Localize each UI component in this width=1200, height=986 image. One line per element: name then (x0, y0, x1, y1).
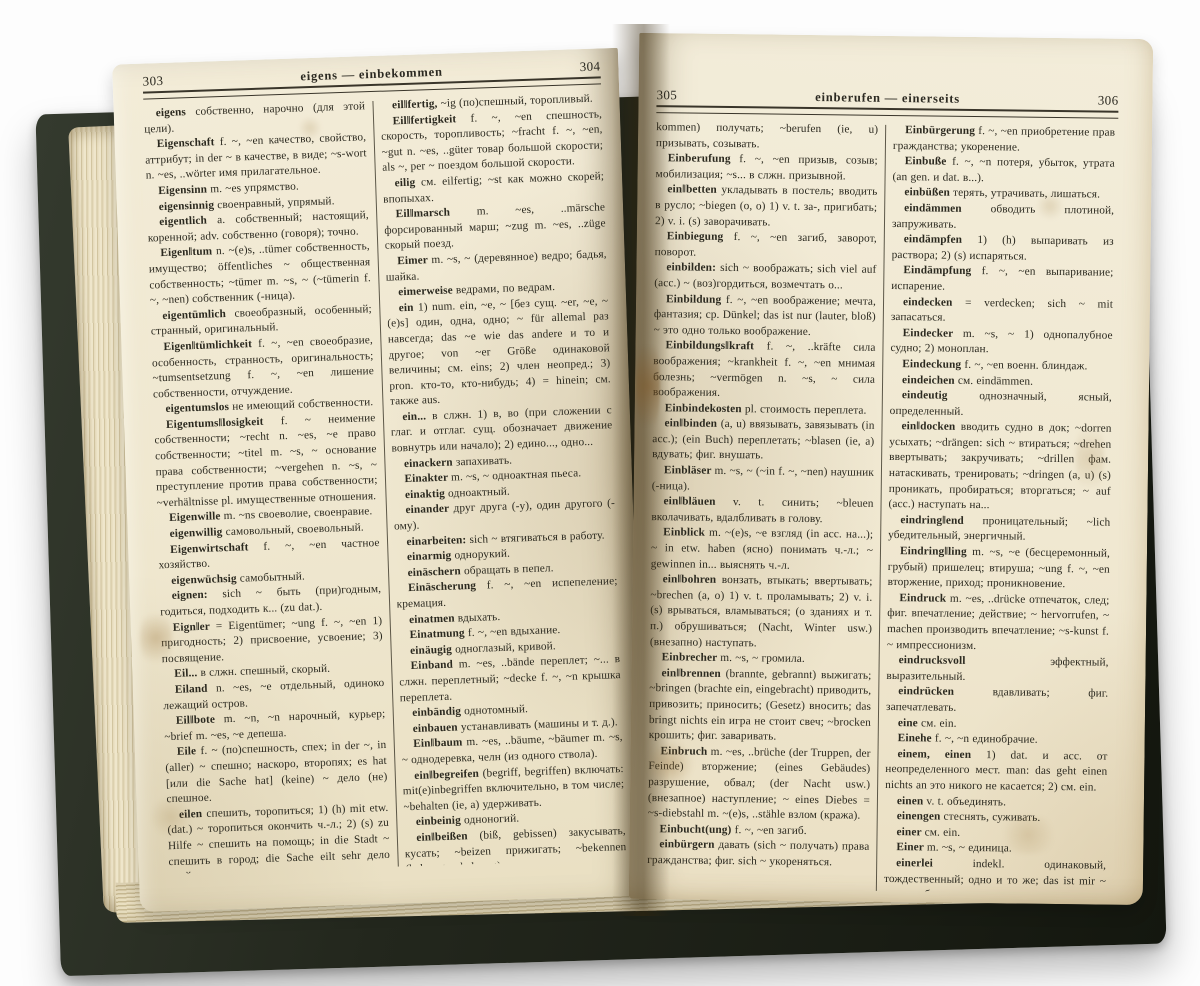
entry-text: v. t. объединять. (926, 795, 1006, 808)
dictionary-entry: eindring‖endпроницательный; ~lich убедит… (888, 513, 1110, 547)
entry-text: стеснять, суживать. (943, 811, 1040, 824)
entry-text: f. ~, ~n единобрачие. (935, 733, 1038, 746)
left-page-content: 303 eigens — einbekommen 304 eigensсобст… (112, 48, 646, 912)
entry-text: своенравный, упрямый. (217, 195, 335, 211)
headword: einbilden: (666, 262, 720, 275)
dictionary-entry: Eil‖fertigkeitf. ~, ~en спешность, скоро… (380, 107, 603, 177)
headword: eindrucksvoll (899, 654, 1051, 668)
entry-text: 1) num. ein, ~e, ~ [без сущ. ~er, ~e, ~(… (387, 295, 611, 408)
headword: Einbildungs‖kraft (665, 340, 766, 353)
headword: eilig (394, 176, 421, 189)
headword: einen (897, 795, 927, 807)
entry-text: см. ein. (921, 717, 957, 729)
dictionary-entry: Eindring‖lingm. ~s, ~e (бесцеремонный, г… (888, 544, 1111, 593)
headword: Einberufung (668, 152, 740, 165)
dictionary-entry: Eindämpfungf. ~, ~en выпаривание; испаре… (891, 263, 1113, 297)
right-page-content: 305 einberufen — einerseits 306 kommen) … (629, 33, 1154, 905)
headword: eilen (179, 808, 207, 821)
dictionary-entry: Einblickm. ~(e)s, ~e взгляд (in acc. на.… (651, 526, 874, 575)
headword: Eigen‖tümlichkeit (163, 338, 258, 353)
headword: ein... (402, 410, 432, 423)
headword: eine (898, 717, 921, 729)
headword: ein‖bläuen (664, 495, 734, 508)
dictionary-entry: Eindruckm. ~es, ..drücke отпечаток, след… (887, 591, 1110, 656)
entry-text: однотомный. (464, 703, 528, 717)
dictionary-entry: Eign‖er= Eigentümer; ~ung f. ~, ~en 1) п… (161, 614, 384, 668)
dictionary-entry: einerleiindekl. одинаковый, тождественны… (884, 856, 1106, 894)
headword: eindämmen (904, 202, 991, 215)
headword: einengen (897, 810, 944, 823)
headword: Eign‖er (173, 620, 216, 633)
headword: eignen: (172, 589, 223, 603)
dictionary-entry: Einbläserm. ~s, ~ (~in f. ~, ~nen) наушн… (652, 463, 874, 497)
entry-text: kommen) получать; ~berufen (ie, u) призы… (656, 121, 878, 150)
entry-text: не имеющий собственности. (232, 396, 373, 413)
headword: ein‖bohren (663, 573, 722, 586)
headword: einbürgern (659, 839, 718, 852)
headword: Eigensinn (158, 183, 210, 197)
headword: Eimer (397, 254, 432, 267)
headword: Einbuße (905, 155, 952, 168)
headword: eil‖fertig, (392, 98, 441, 112)
headword: einatmen (409, 612, 458, 626)
dictionary-entry: Eindeckerm. ~s, ~ 1) однопалубное судно;… (890, 326, 1112, 360)
dictionary-entry: Einbußef. ~, ~n потеря, убыток, утрата (… (892, 154, 1114, 188)
headword: Eigenwirtschaft (170, 540, 264, 555)
headword: eindring‖end (900, 514, 982, 527)
headword: einarbeiten: (406, 534, 469, 548)
dictionary-column-305: kommen) получать; ~berufen (ie, u) призы… (647, 120, 878, 891)
headword: Eigentums‖losigkeit (166, 415, 281, 431)
dictionary-entry: eindeutigоднозначный, ясный, определенны… (890, 388, 1112, 422)
headword: einäugig (410, 643, 455, 656)
headword: Eil‖fertigkeit (392, 112, 470, 127)
headword: ein (399, 301, 419, 314)
headword: Einblick (663, 527, 709, 540)
entry-text: m. ~s, ~ одноактная пьеса. (451, 468, 581, 484)
entry-text: m. ~es упрямство. (210, 180, 299, 195)
headword: Eil... (174, 667, 201, 680)
dictionary-entry: ein‖binden(a, u) ввязывать, завязывать (… (652, 416, 875, 465)
dictionary-entry: eindrückenвдавливать; фиг. запечатлевать… (886, 684, 1108, 718)
headword: eindämpfen (904, 233, 978, 246)
headword: einbauen (413, 721, 461, 735)
headword: eimerweise (398, 284, 456, 298)
dictionary-column-306: Einbürgerungf. ~, ~en приобретение прав … (884, 123, 1115, 894)
dictionary-entry: Eigentums‖losigkeitf. ~ неимение собстве… (154, 411, 378, 512)
headword: Eile (177, 745, 201, 758)
entry-text: обращать в пепел. (464, 562, 554, 577)
headword: einerlei (896, 857, 973, 870)
dictionary-entry: Einbandm. ~es, ..bände переплет; ~... в … (398, 652, 621, 706)
entry-text: запахивать. (456, 454, 513, 468)
left-page: 303 eigens — einbekommen 304 eigensсобст… (112, 48, 646, 912)
dictionary-entry: ein‖brennen(brannte, gebrannt) выжигать;… (649, 666, 872, 747)
entry-text: ~ig (по)спешный, торопливый. (440, 93, 592, 110)
headword: Einband (410, 659, 458, 673)
entry-text: терять, утрачивать, лишаться. (953, 187, 1100, 201)
headword: eindecken (903, 296, 965, 309)
headword: Einbrecher (662, 651, 721, 664)
photo-background: 303 eigens — einbekommen 304 eigensсобст… (0, 0, 1200, 986)
dictionary-entry: Einberufungf. ~, ~en призыв, созыв; моби… (655, 151, 877, 185)
headword: eigentumslos (165, 401, 232, 415)
headword: eigentlich (159, 214, 217, 228)
headword: Eigen‖tum (160, 246, 216, 260)
dictionary-entry: ein‖beißen(biß, gebissen) закусывать, ку… (404, 824, 627, 866)
headword: Eindeckung (902, 358, 964, 371)
entry-text: одноактный. (448, 486, 510, 500)
entry-text: самовольный, своевольный. (225, 522, 364, 539)
headword: eigenwillig (169, 526, 225, 540)
dictionary-entry: Einbildungs‖kraftf. ~, ..kräfte сила воо… (653, 338, 876, 403)
page-number-304: 304 (556, 58, 601, 75)
dictionary-entry: eindämmenобводить плотиной, запруживать. (892, 201, 1114, 235)
headword: Einbiegung (667, 230, 734, 243)
dictionary-entry: eindecken= verdecken; sich ~ mit запасат… (891, 295, 1113, 329)
dictionary-entry: ein1) num. ein, ~e, ~ [без сущ. ~er, ~e,… (387, 294, 612, 410)
headword: Eil‖bote (176, 713, 224, 727)
right-page: 305 einberufen — einerseits 306 kommen) … (629, 33, 1154, 905)
left-page-columns: eigensсобственно, нарочно (для этой цели… (143, 91, 626, 874)
page-number-306: 306 (1074, 92, 1118, 109)
headword: Einakter (404, 472, 451, 486)
dictionary-entry: einbürgernдавать (sich ~ получать) права… (647, 837, 869, 871)
dictionary-entry: ein‖bettenукладывать в постель; вводить … (655, 182, 878, 231)
dictionary-entry: Einbürgerungf. ~, ~en приобретение прав … (893, 123, 1115, 157)
dictionary-entry: Einbruchm. ~es, ..brüche (der Truppen, d… (648, 744, 871, 825)
headword: Einatmung (409, 627, 468, 641)
headword: eigentümlich (162, 307, 234, 321)
entry-text: вводить судно в док; ~dorren усыхать; ~d… (888, 421, 1111, 511)
headword: einäschern (407, 565, 464, 579)
dictionary-entry: ein...в слжн. 1) в, во (при сложении с г… (390, 403, 613, 457)
headword: ein‖docken (901, 420, 960, 433)
headword: einbüßen (904, 187, 953, 200)
headword: ein‖brennen (661, 667, 725, 680)
entry-text: см. ein. (925, 826, 961, 838)
dictionary-entry: Einbildungf. ~, ~en воображение; мечта, … (654, 292, 877, 341)
headword: einer (896, 826, 924, 838)
dictionary-entry: einem, einen1) dat. и acc. от неопределе… (885, 747, 1108, 796)
right-page-columns: kommen) получать; ~berufen (ie, u) призы… (647, 120, 1118, 894)
headword: Eiland (175, 682, 217, 695)
dictionary-entry: Eigenschaftf. ~, ~en качество, свойство,… (145, 130, 368, 184)
headword: Einbläser (664, 464, 715, 477)
headword: ein‖betten (667, 184, 721, 197)
headword: einarmig (407, 550, 455, 564)
headword: Eigenschaft (157, 136, 220, 150)
dictionary-entry: eindrucksvollэффектный, выразительный. (886, 653, 1108, 687)
dictionary-entry: Eil‖marschm. ~es, ..märsche форсированны… (383, 201, 606, 255)
headword: eindeutig (902, 389, 980, 402)
dictionary-entry: ein‖bohrenвонзать, втыкать; ввертывать; … (650, 572, 873, 653)
dictionary-column-303: eigensсобственно, нарочно (для этой цели… (143, 99, 390, 874)
headword: ein‖binden (664, 418, 720, 431)
headword: Einer (896, 841, 927, 853)
headword: eindeichen (902, 374, 958, 387)
running-title-right: einberufen — einerseits (700, 89, 1074, 109)
entry-text: f. ~, ~en вдыхание. (468, 624, 561, 639)
entry-text: sich ~ втягиваться в работу. (469, 529, 604, 545)
entry-text: см. eindämmen. (958, 374, 1033, 387)
dictionary-entry: ein‖begreifen(begriff, begriffen) включа… (402, 762, 625, 816)
entry-text: m. ~s, ~ громила. (720, 652, 805, 665)
headword: Einbindekosten (665, 402, 745, 415)
dictionary-entry: einbilden:sich ~ воображать; sich viel a… (654, 260, 876, 294)
headword: Einäscherung (408, 580, 487, 595)
headword: eigensinnig (159, 199, 218, 213)
headword: eigens (156, 106, 196, 119)
headword: einaktig (405, 488, 448, 501)
entry-text: ведрами, по ведрам. (456, 281, 555, 296)
headword: Eindecker (903, 327, 963, 340)
entry-text: самобытный. (240, 570, 305, 584)
entry-text: вдыхать. (458, 611, 501, 624)
headword: Eindämpfung (903, 264, 981, 277)
headword: eigenwüchsig (171, 572, 240, 586)
page-number-303: 303 (142, 72, 187, 89)
entry-text: m. ~s, ~ единица. (927, 842, 1012, 855)
headword: einackern (404, 456, 456, 470)
headword: einander (405, 503, 453, 517)
page-number-305: 305 (656, 87, 700, 104)
entry-text: однорукий. (454, 548, 510, 562)
dictionary-column-304: eil‖fertig,~ig (по)спешный, торопливый. … (380, 91, 627, 866)
headword: einbändig (412, 705, 464, 719)
dictionary-entry: eilenспешить, торопиться; 1) (h) mit etw… (167, 801, 391, 875)
headword: Einbruch (660, 745, 710, 758)
dictionary-entry: Einbiegungf. ~, ~en загиб, заворот, пово… (655, 229, 877, 263)
headword: Eindring‖ling (900, 545, 972, 558)
headword: einem, einen (897, 748, 986, 761)
entry-text: pl. стоимость переплета. (745, 403, 867, 416)
headword: einbeinig (416, 815, 465, 829)
headword: Eindruck (899, 592, 950, 605)
headword: Ein‖baum (413, 737, 467, 751)
dictionary-entry: eindämpfen1) (h) выпаривать из раствора;… (892, 232, 1114, 266)
headword: Eigenwille (169, 511, 224, 525)
entry-text: одноглазый, кривой. (455, 640, 556, 655)
dictionary-entry: kommen) получать; ~berufen (ie, u) призы… (656, 120, 878, 154)
headword: Einbürgerung (905, 124, 978, 137)
dictionary-entry: ein‖dockenвводить судно в док; ~dorren у… (888, 419, 1111, 515)
dictionary-entry: Eigen‖tumn. ~(e)s, ..tümer собственность… (148, 240, 371, 310)
headword: Eil‖marsch (396, 206, 477, 221)
headword: Einbucht(ung) (660, 823, 735, 836)
dictionary-entry: Eigen‖tümlichkeitf. ~, ~en своеобразие, … (151, 333, 374, 403)
headword: eindrücken (898, 685, 992, 698)
dictionary-entry: Eilef. ~ (по)спешность, спех; in der ~, … (165, 738, 388, 808)
entry-text: в слжн. спешный, скорый. (200, 663, 330, 679)
entry-text: f. ~, ~en загиб. (735, 824, 807, 837)
entry-text: одноногий. (464, 813, 520, 827)
headword: Einehe (898, 732, 935, 744)
dictionary-entry: ein‖bläuenv. t. синить; ~bleuen вколачив… (651, 494, 873, 528)
entry-text: f. ~, ~en военн. блиндаж. (964, 359, 1087, 373)
headword: Einbildung (666, 293, 726, 306)
headword: ein‖begreifen (414, 767, 483, 781)
headword: ein‖beißen (416, 830, 480, 844)
